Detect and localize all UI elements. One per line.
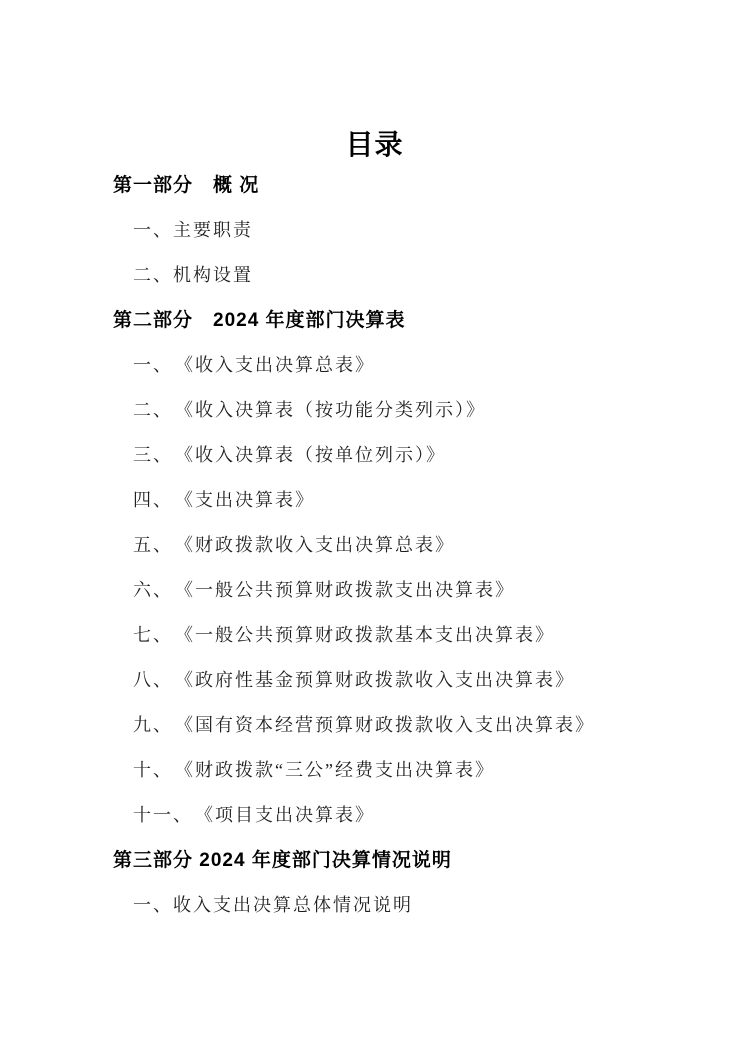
toc-entry: 七、 《一般公共预算财政拨款基本支出决算表》 [0,613,749,658]
toc-entry: 二、机构设置 [0,253,749,298]
toc-entry: 一、主要职责 [0,208,749,253]
toc-entry: 九、 《国有资本经营预算财政拨款收入支出决算表》 [0,703,749,748]
table-of-contents: 第一部分 概 况 一、主要职责 二、机构设置 第二部分 2024 年度部门决算表… [0,163,749,928]
toc-entry: 一、收入支出决算总体情况说明 [0,883,749,928]
toc-section-part1: 第一部分 概 况 [0,163,749,208]
toc-entry: 四、 《支出决算表》 [0,478,749,523]
toc-entry: 十一、 《项目支出决算表》 [0,793,749,838]
document-page: 目录 第一部分 概 况 一、主要职责 二、机构设置 第二部分 2024 年度部门… [0,0,749,1060]
page-title: 目录 [0,128,749,162]
toc-section-part2: 第二部分 2024 年度部门决算表 [0,298,749,343]
toc-section-part3: 第三部分 2024 年度部门决算情况说明 [0,838,749,883]
toc-entry: 十、 《财政拨款“三公”经费支出决算表》 [0,748,749,793]
toc-entry: 二、 《收入决算表（按功能分类列示）》 [0,388,749,433]
toc-entry: 五、 《财政拨款收入支出决算总表》 [0,523,749,568]
toc-entry: 一、 《收入支出决算总表》 [0,343,749,388]
toc-entry: 六、 《一般公共预算财政拨款支出决算表》 [0,568,749,613]
toc-entry: 八、 《政府性基金预算财政拨款收入支出决算表》 [0,658,749,703]
toc-entry: 三、 《收入决算表（按单位列示）》 [0,433,749,478]
